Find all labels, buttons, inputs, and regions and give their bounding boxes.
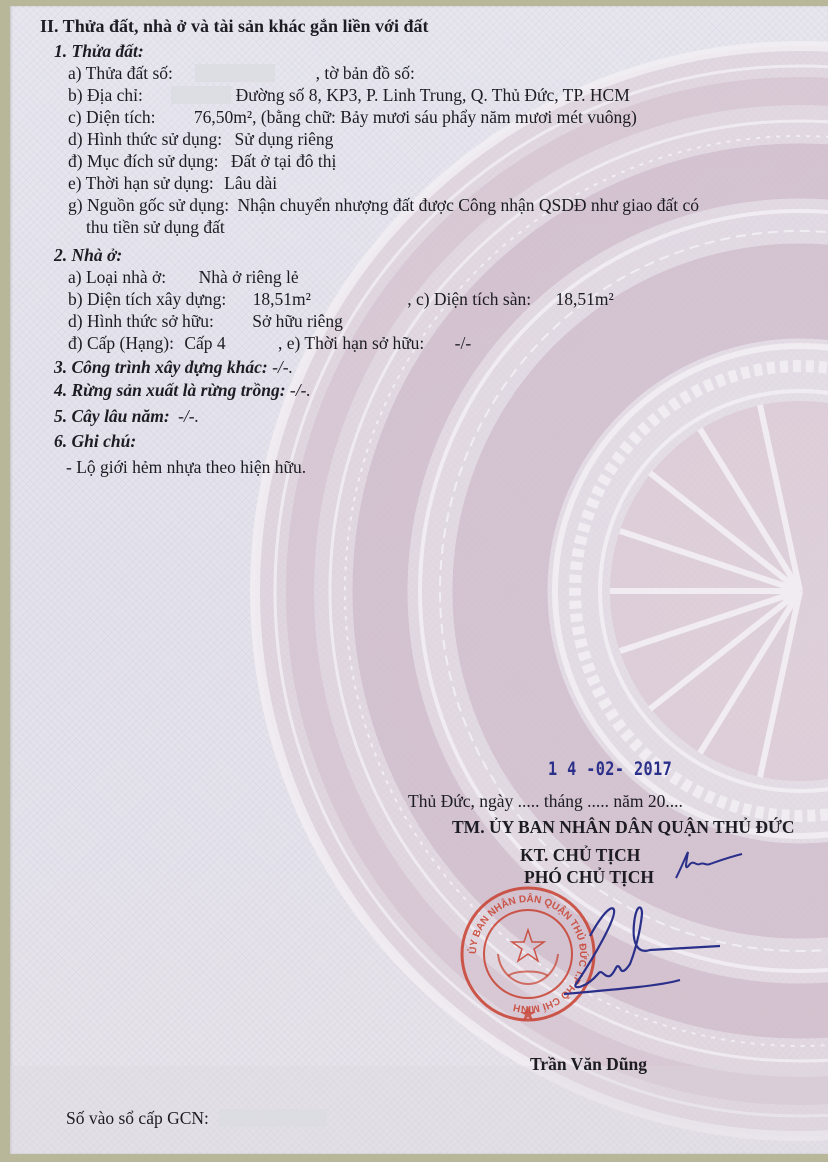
perennial-heading: 5. Cây lâu năm: (54, 406, 170, 426)
term-value: Lâu dài (224, 173, 277, 193)
issuing-authority: TM. ỦY BAN NHÂN DÂN QUẬN THỦ ĐỨC (452, 816, 795, 838)
own-term-label: , e) Thời hạn sở hữu: (278, 333, 424, 353)
build-area-row: b) Diện tích xây dựng: 18,51m² , c) Diện… (68, 288, 614, 310)
address-row: b) Địa chỉ: Đường số 8, KP3, P. Linh Tru… (68, 84, 630, 106)
section-title: II. Thửa đất, nhà ở và tài sản khác gắn … (40, 15, 429, 37)
parcel-number-row: a) Thửa đất số: , tờ bản đồ số: (68, 62, 415, 84)
purpose-label: đ) Mục đích sử dụng: (68, 151, 218, 171)
house-heading: 2. Nhà ở: (54, 244, 122, 266)
registry-label: Số vào sổ cấp GCN: (66, 1108, 209, 1128)
certificate-content: II. Thửa đất, nhà ở và tài sản khác gắn … (10, 6, 828, 1154)
grade-label: đ) Cấp (Hạng): (68, 333, 174, 353)
main-signature-icon (530, 894, 730, 1004)
land-heading: 1. Thửa đất: (54, 40, 144, 62)
other-works-heading: 3. Công trình xây dựng khác: (54, 357, 268, 377)
ownership-row: d) Hình thức sở hữu: Sở hữu riêng (68, 310, 343, 332)
term-label: e) Thời hạn sử dụng: (68, 173, 214, 193)
use-form-row: d) Hình thức sử dụng: Sử dụng riêng (68, 128, 333, 150)
purpose-value: Đất ở tại đô thị (231, 151, 337, 171)
area-row: c) Diện tích: 76,50m², (bằng chữ: Bảy mư… (68, 106, 637, 128)
floor-area-value: 18,51m² (555, 289, 613, 309)
other-works-value: -/-. (272, 357, 293, 377)
perennial-row: 5. Cây lâu năm: -/-. (54, 405, 199, 427)
house-type-label: a) Loại nhà ở: (68, 267, 166, 287)
registry-number-redacted (219, 1109, 327, 1127)
signer-title-1: KT. CHỦ TỊCH (520, 844, 640, 866)
ownership-value: Sở hữu riêng (252, 311, 343, 331)
map-sheet-label: , tờ bản đồ số: (316, 63, 415, 83)
forest-value: -/-. (290, 380, 311, 400)
other-works-row: 3. Công trình xây dựng khác: -/-. (54, 356, 293, 378)
use-form-value: Sử dụng riêng (234, 129, 333, 149)
initial-signature-icon (670, 844, 750, 884)
term-row: e) Thời hạn sử dụng: Lâu dài (68, 172, 277, 194)
grade-value: Cấp 4 (184, 333, 225, 353)
grade-row: đ) Cấp (Hạng): Cấp 4 , e) Thời hạn sở hữ… (68, 332, 471, 354)
origin-value-cont: thu tiền sử dụng đất (86, 216, 225, 238)
perennial-value: -/-. (178, 406, 199, 426)
place-date-line: Thủ Đức, ngày ..... tháng ..... năm 20..… (408, 790, 683, 812)
house-type-value: Nhà ở riêng lẻ (199, 267, 299, 287)
registry-row: Số vào sổ cấp GCN: (66, 1107, 327, 1129)
address-value: Đường số 8, KP3, P. Linh Trung, Q. Thủ Đ… (236, 85, 630, 105)
note-item: - Lộ giới hẻm nhựa theo hiện hữu. (66, 456, 306, 478)
floor-area-label: , c) Diện tích sàn: (407, 289, 531, 309)
forest-heading: 4. Rừng sản xuất là rừng trồng: (54, 380, 286, 400)
ownership-label: d) Hình thức sở hữu: (68, 311, 214, 331)
parcel-number-label: a) Thửa đất số: (68, 63, 173, 83)
parcel-number-redacted (195, 64, 275, 82)
house-number-redacted (171, 86, 231, 104)
build-area-label: b) Diện tích xây dựng: (68, 289, 226, 309)
use-form-label: d) Hình thức sử dụng: (68, 129, 222, 149)
origin-label: g) Nguồn gốc sử dụng: (68, 195, 229, 215)
signer-name: Trần Văn Dũng (530, 1053, 647, 1075)
build-area-value: 18,51m² (253, 289, 311, 309)
area-value: 76,50m², (bằng chữ: Bảy mươi sáu phẩy nă… (194, 107, 637, 127)
address-label: b) Địa chỉ: (68, 85, 143, 105)
forest-row: 4. Rừng sản xuất là rừng trồng: -/-. (54, 379, 311, 401)
origin-value: Nhận chuyển nhượng đất được Công nhận QS… (238, 195, 700, 215)
purpose-row: đ) Mục đích sử dụng: Đất ở tại đô thị (68, 150, 336, 172)
house-type-row: a) Loại nhà ở: Nhà ở riêng lẻ (68, 266, 299, 288)
stamped-date: 1 4 -02- 2017 (548, 758, 672, 780)
own-term-value: -/- (455, 333, 472, 353)
origin-row: g) Nguồn gốc sử dụng: Nhận chuyển nhượng… (68, 194, 699, 216)
notes-heading: 6. Ghi chú: (54, 430, 136, 452)
area-label: c) Diện tích: (68, 107, 155, 127)
certificate-page: II. Thửa đất, nhà ở và tài sản khác gắn … (10, 6, 828, 1154)
